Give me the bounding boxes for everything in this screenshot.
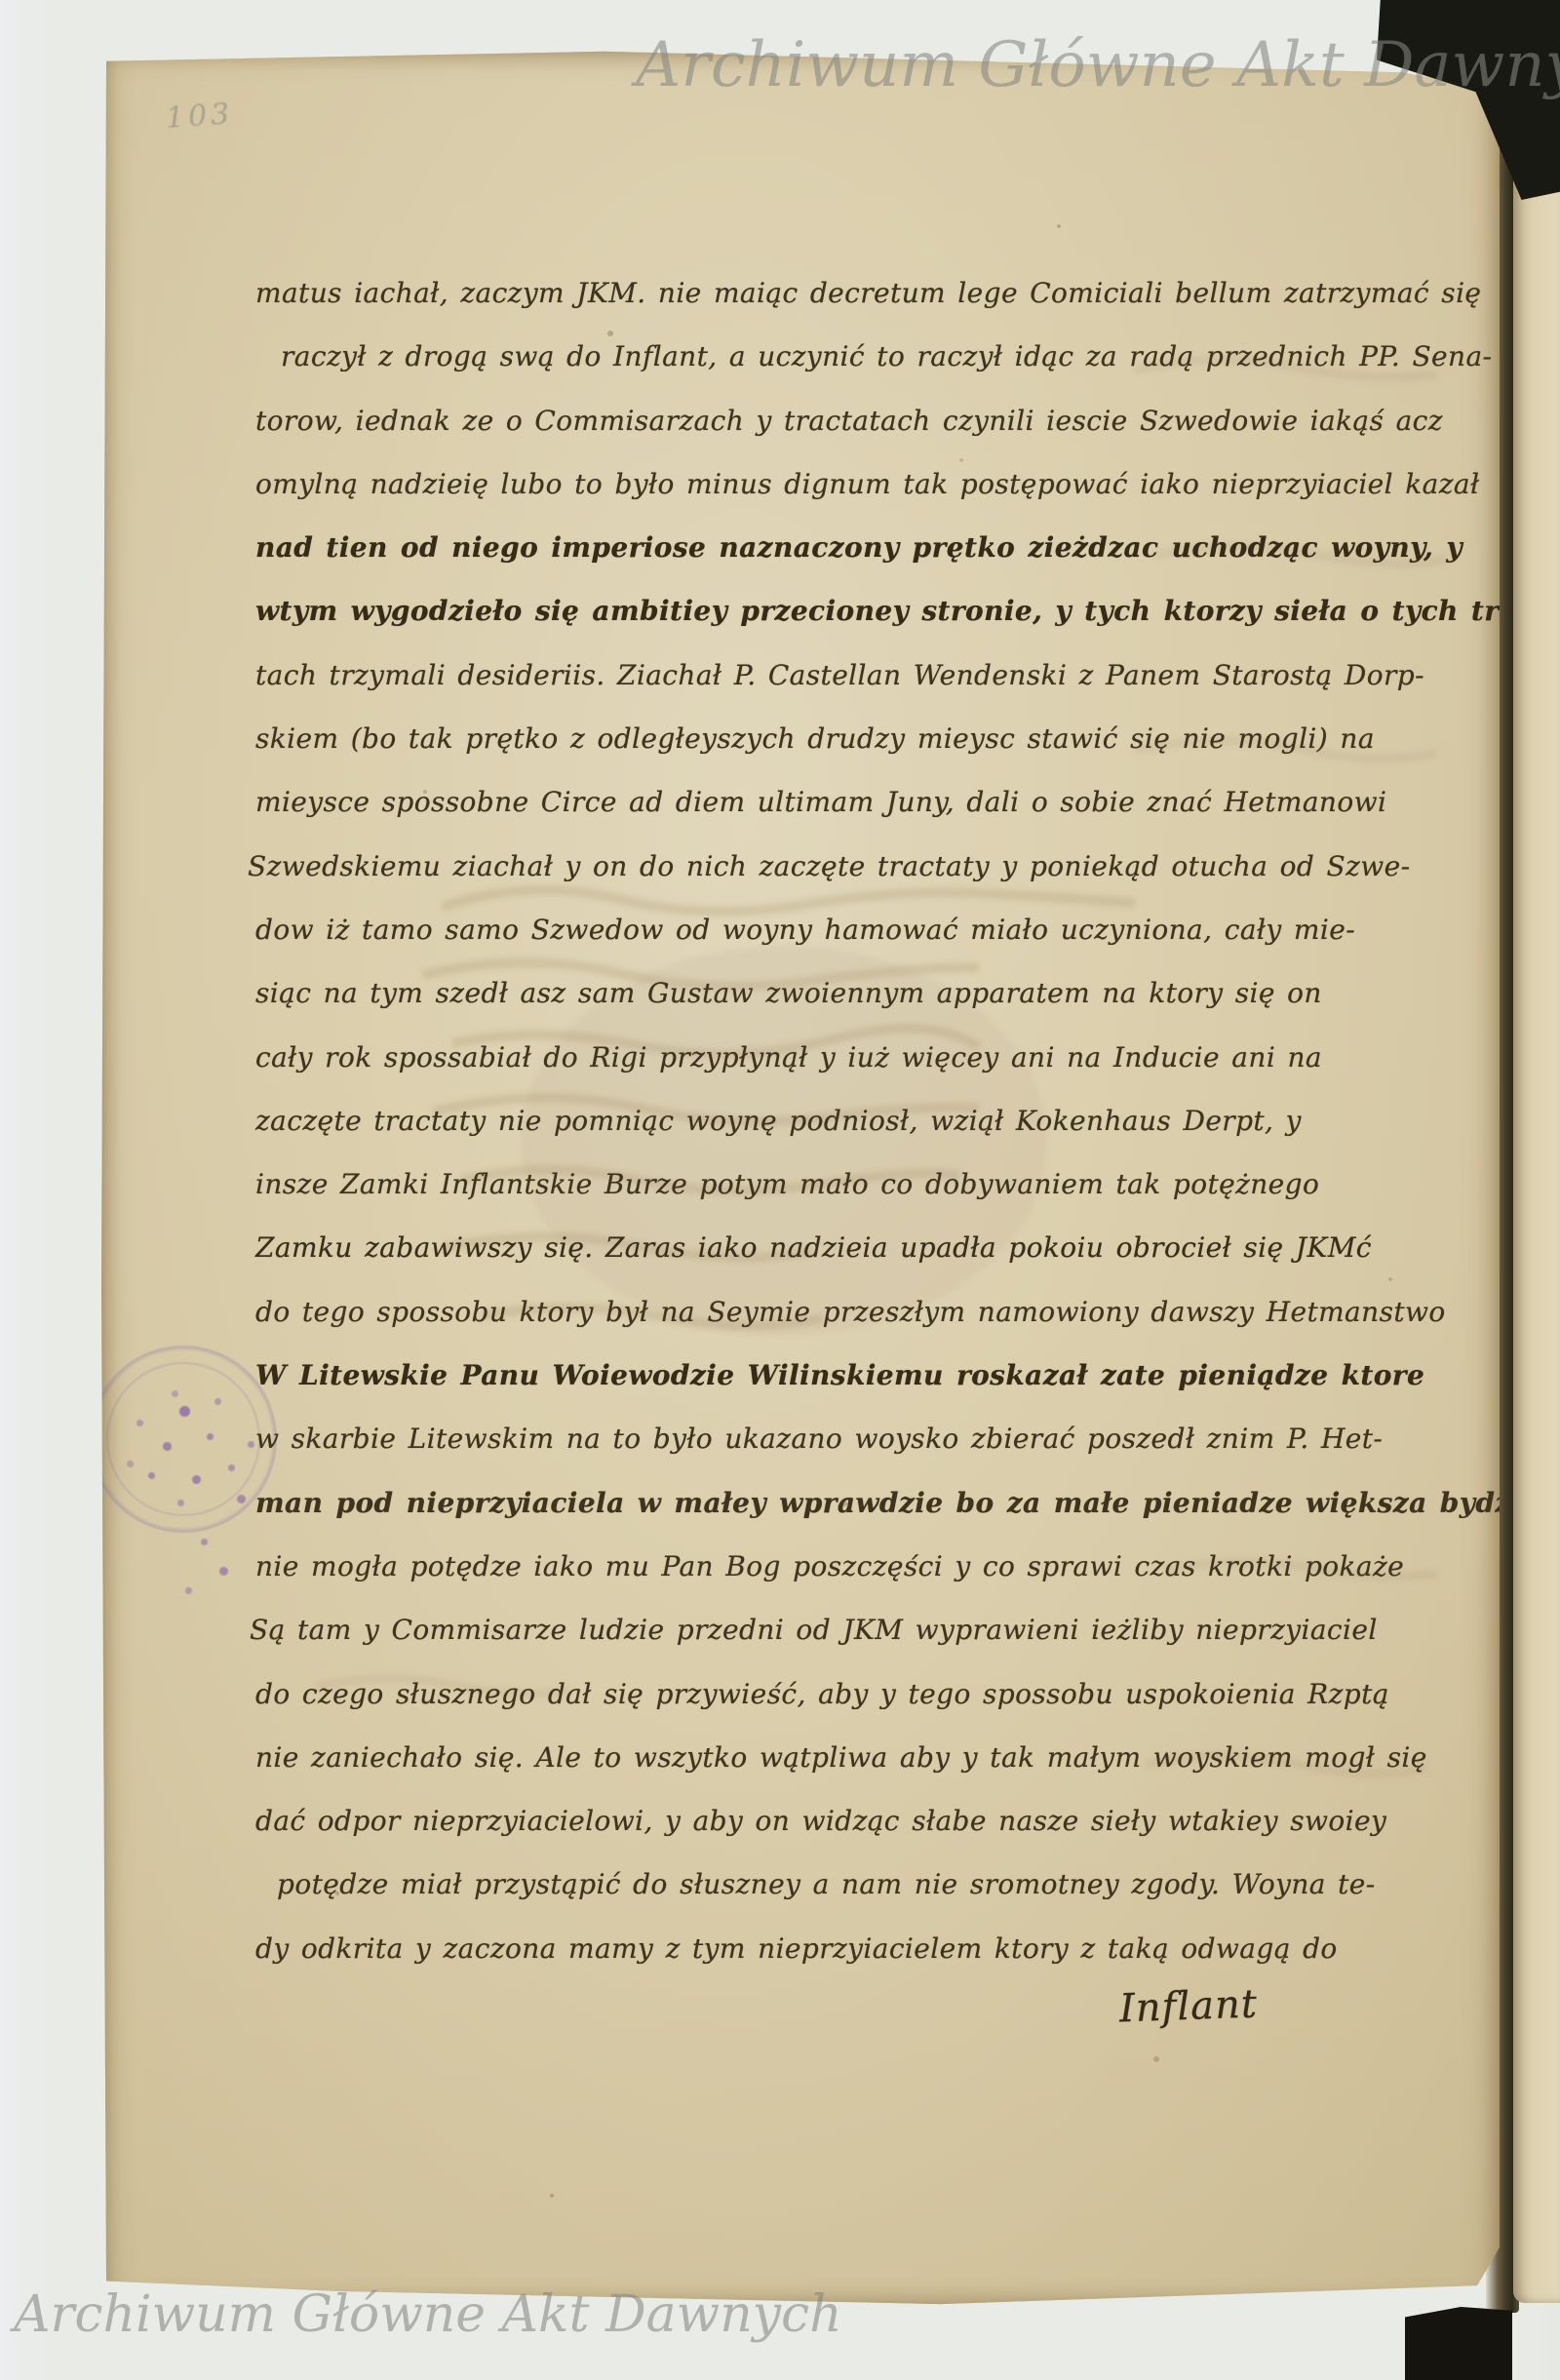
manuscript-line: nie mogła potędze iako mu Pan Bog poszcz… (255, 1535, 1450, 1598)
scan-black-strip-bottom (1405, 2307, 1512, 2380)
manuscript-line: siąc na tym szedł asz sam Gustaw zwoienn… (255, 961, 1450, 1025)
manuscript-line: dy odkrita y zaczona mamy z tym nieprzyi… (255, 1917, 1450, 1980)
manuscript-line: matus iachał, zaczym JKM. nie maiąc decr… (255, 261, 1450, 325)
manuscript-line: nie zaniechało się. Ale to wszytko wątpl… (255, 1726, 1450, 1789)
manuscript-line: Zamku zabawiwszy się. Zaras iako nadziei… (255, 1216, 1450, 1279)
manuscript-line: zaczęte tractaty nie pomniąc woynę podni… (255, 1089, 1450, 1152)
manuscript-line: w skarbie Litewskim na to było ukazano w… (255, 1407, 1450, 1470)
folio-number-pencil: 103 (165, 98, 235, 137)
manuscript-line: do czego słusznego dał się przywieść, ab… (255, 1662, 1450, 1726)
manuscript-line: do tego spossobu ktory był na Seymie prz… (255, 1280, 1450, 1344)
manuscript-line: torow, iednak ze o Commisarzach y tracta… (255, 389, 1450, 452)
manuscript-line: dać odpor nieprzyiacielowi, y aby on wid… (255, 1789, 1450, 1853)
manuscript-line: man pod nieprzyiaciela w małey wprawdzie… (255, 1471, 1450, 1535)
manuscript-line: omylną nadzieię lubo to było minus dignu… (255, 452, 1450, 516)
closing-word: Inflant (1118, 1982, 1258, 2032)
manuscript-line: W Litewskie Panu Woiewodzie Wilinskiemu … (255, 1344, 1450, 1407)
manuscript-line: mieysce spossobne Circe ad diem ultimam … (255, 770, 1450, 834)
manuscript-line: dow iż tamo samo Szwedow od woyny hamowa… (255, 898, 1450, 961)
manuscript-line: cały rok spossabiał do Rigi przypłynął y… (255, 1026, 1450, 1089)
manuscript-line: raczył z drogą swą do Inflant, a uczynić… (281, 325, 1450, 388)
manuscript-line: skiem (bo tak prętko z odległeyszych dru… (255, 707, 1450, 770)
manuscript-line: Są tam y Commisarze ludzie przedni od JK… (250, 1598, 1450, 1661)
manuscript-line: tach trzymali desideriis. Ziachał P. Cas… (255, 644, 1450, 707)
manuscript-line: nad tien od niego imperiose naznaczony p… (255, 516, 1450, 579)
archive-stamp (90, 1346, 277, 1533)
manuscript-line: insze Zamki Inflantskie Burze potym mało… (255, 1152, 1450, 1216)
manuscript-line: Szwedskiemu ziachał y on do nich zaczęte… (248, 835, 1450, 898)
manuscript-page: 103 (101, 49, 1500, 2306)
manuscript-line: wtym wygodzieło się ambitiey przecioney … (255, 579, 1450, 643)
manuscript-line: potędze miał przystąpić do słuszney a na… (277, 1853, 1450, 1916)
manuscript-text: matus iachał, zaczym JKM. nie maiąc decr… (255, 261, 1450, 1980)
adjacent-page-edge (1513, 86, 1560, 2303)
